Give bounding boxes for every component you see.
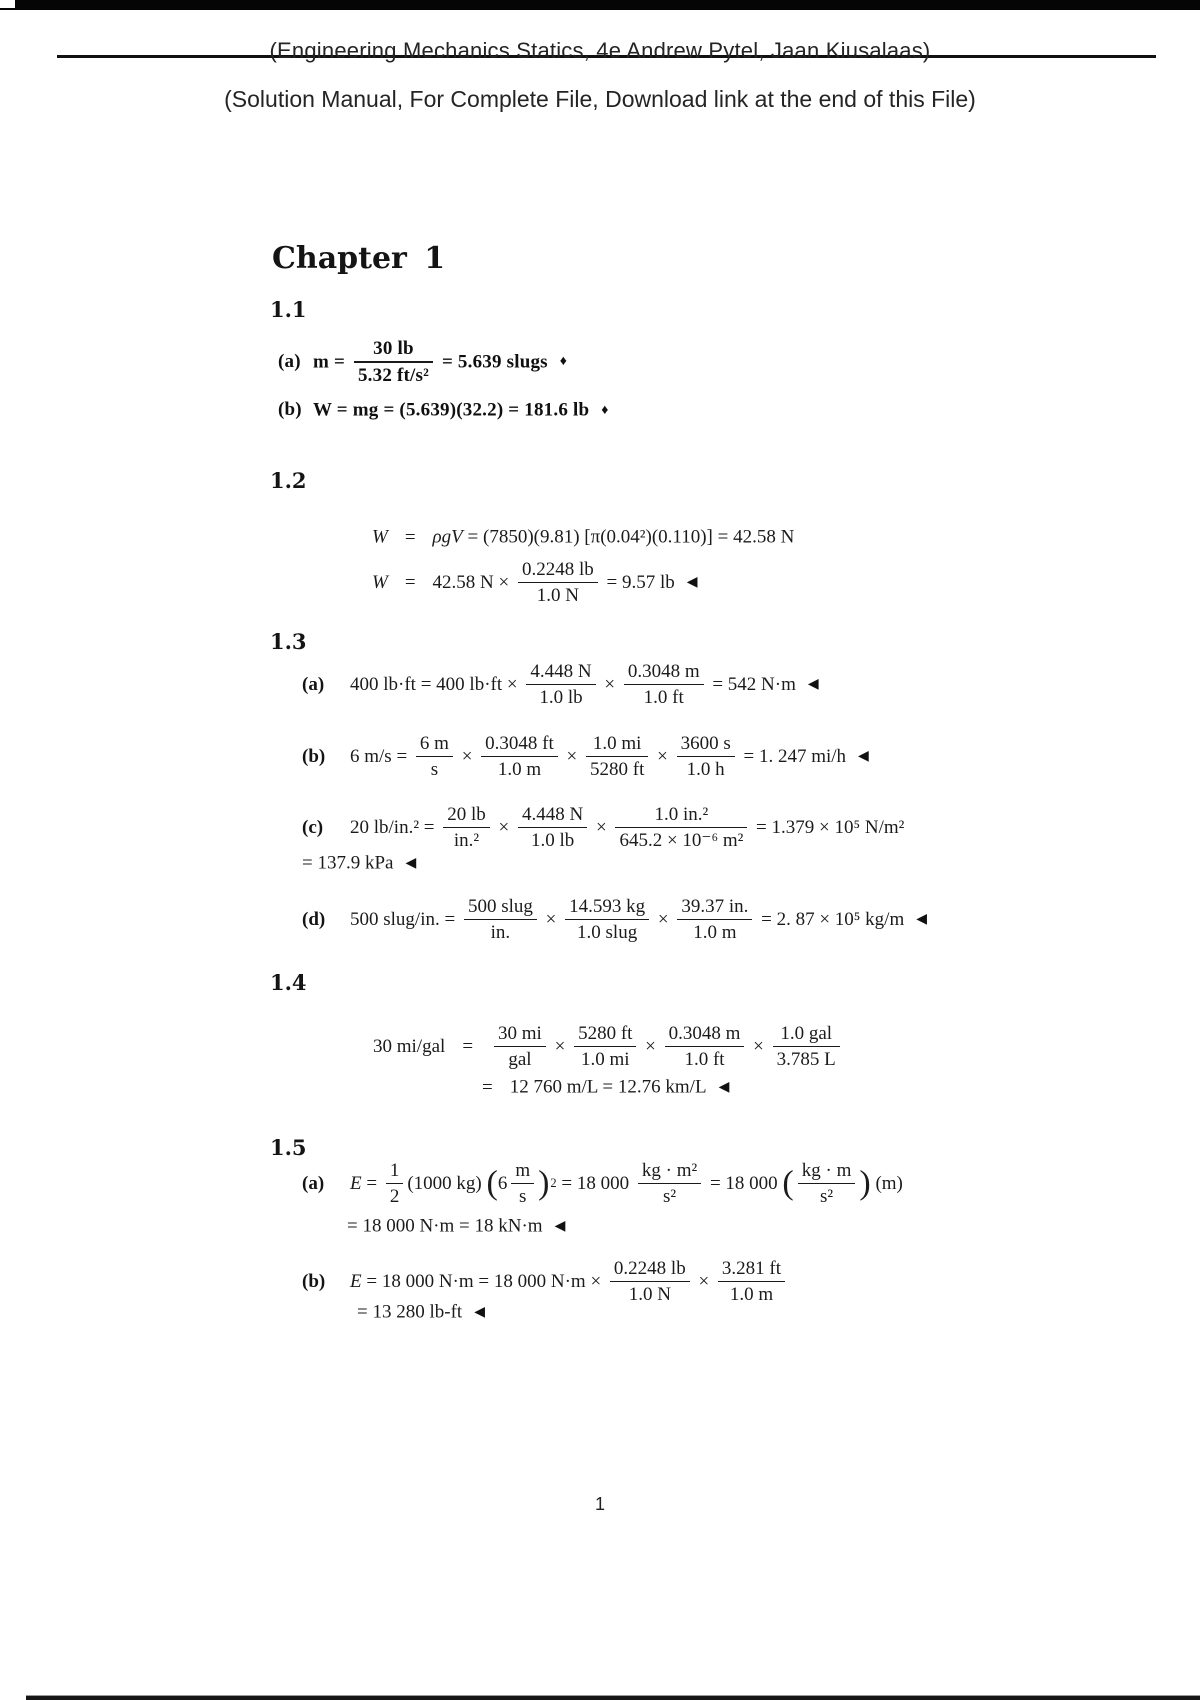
answer-marker-icon: ◀ (916, 912, 927, 927)
part-label: (c) (302, 817, 350, 839)
equation-1-4-line-2: =12 760 m/L = 12.76 km/L◀ (465, 1076, 729, 1099)
part-label: (d) (302, 909, 350, 931)
problem-1-3-part-b: (b) 6 m/s = 6 ms × 0.3048 ft1.0 m × 1.0 … (302, 733, 869, 781)
equation-1-3-b: 6 m/s = 6 ms × 0.3048 ft1.0 m × 1.0 mi52… (350, 733, 869, 781)
fraction: 0.2248 lb1.0 N (518, 559, 598, 607)
fraction: kg · m²s² (638, 1160, 701, 1208)
part-label: (a) (278, 351, 313, 373)
answer-marker-icon: ♦ (601, 403, 608, 418)
part-label: (a) (302, 674, 350, 696)
answer-marker-icon: ◀ (405, 856, 416, 871)
part-label: (b) (278, 399, 313, 421)
equation-1-1-b: W = mg = (5.639)(32.2) = 181.6 lb♦ (313, 399, 609, 422)
top-scan-notch (0, 0, 15, 8)
fraction: 5280 ft1.0 mi (574, 1023, 636, 1071)
fraction: 12 (386, 1160, 404, 1208)
section-1-4-number: 1.4 (270, 970, 307, 995)
section-1-2-number: 1.2 (270, 468, 307, 493)
equation-1-3-c-result: = 137.9 kPa◀ (302, 852, 416, 875)
problem-1-5-part-b: (b) E = 18 000 N·m = 18 000 N·m × 0.2248… (302, 1258, 789, 1306)
fraction: 6 ms (416, 733, 453, 781)
page-number: 1 (0, 1494, 1200, 1515)
problem-1-5-part-a-result: = 18 000 N·m = 18 kN·m◀ (347, 1215, 565, 1238)
problem-1-1-part-a: (a) m = 30 lb5.32 ft/s² = 5.639 slugs♦ (278, 338, 567, 387)
fraction: 3600 s1.0 h (677, 733, 735, 781)
answer-marker-icon: ◀ (474, 1305, 485, 1320)
fraction: 0.2248 lb1.0 N (610, 1258, 690, 1306)
fraction: 30 lb5.32 ft/s² (354, 338, 433, 387)
problem-1-5-part-b-result: = 13 280 lb-ft◀ (357, 1301, 485, 1324)
equation-1-2-line-1: W=ρgV = (7850)(9.81) [π(0.04²)(0.110)] =… (372, 526, 794, 549)
section-1-1-number: 1.1 (270, 297, 307, 322)
problem-1-3-part-d: (d) 500 slug/in. = 500 slugin. × 14.593 … (302, 896, 927, 944)
section-1-5-number: 1.5 (270, 1135, 307, 1160)
equation-1-3-d: 500 slug/in. = 500 slugin. × 14.593 kg1.… (350, 896, 927, 944)
fraction: 1.0 gal3.785 L (773, 1023, 840, 1071)
equation-1-5-a: E = 12(1000 kg) (6ms)2 = 18 000 kg · m²s… (350, 1160, 903, 1208)
equation-1-5-a-result: = 18 000 N·m = 18 kN·m◀ (347, 1215, 565, 1238)
equation-1-2-line-2: W=42.58 N × 0.2248 lb1.0 N = 9.57 lb◀ (372, 559, 698, 607)
equation-1-5-b: E = 18 000 N·m = 18 000 N·m × 0.2248 lb1… (350, 1258, 789, 1306)
top-scan-bar (0, 0, 1200, 10)
equation: W=42.58 N × 0.2248 lb1.0 N = 9.57 lb◀ (372, 559, 698, 607)
section-1-3-number: 1.3 (270, 629, 307, 654)
fraction: 20 lbin.² (443, 804, 490, 852)
equation-1-4-line-1: 30 mi/gal=30 migal × 5280 ft1.0 mi × 0.3… (373, 1023, 844, 1071)
fraction: kg · ms² (798, 1160, 856, 1208)
fraction: 30 migal (494, 1023, 546, 1071)
equation-1-5-b-result: = 13 280 lb-ft◀ (357, 1301, 485, 1324)
equation-1-3-a: 400 lb·ft = 400 lb·ft × 4.448 N1.0 lb × … (350, 661, 819, 709)
problem-1-3-part-c: (c) 20 lb/in.² = 20 lbin.² × 4.448 N1.0 … (302, 804, 904, 852)
fraction: 1.0 in.²645.2 × 10⁻⁶ m² (615, 804, 747, 852)
problem-1-1-part-b: (b) W = mg = (5.639)(32.2) = 181.6 lb♦ (278, 399, 609, 422)
bottom-scan-bar (26, 1695, 1200, 1700)
fraction: 39.37 in.1.0 m (677, 896, 752, 944)
fraction: 3.281 ft1.0 m (718, 1258, 785, 1306)
chapter-heading: Chapter 1 (272, 241, 445, 276)
fraction: 4.448 N1.0 lb (526, 661, 595, 709)
fraction: ms (511, 1160, 534, 1208)
fraction: 0.3048 m1.0 ft (624, 661, 704, 709)
fraction: 0.3048 m1.0 ft (665, 1023, 745, 1071)
equation: =12 760 m/L = 12.76 km/L◀ (465, 1076, 729, 1099)
fraction: 1.0 mi5280 ft (586, 733, 648, 781)
answer-marker-icon: ♦ (560, 354, 567, 369)
part-label: (b) (302, 746, 350, 768)
problem-1-3-part-a: (a) 400 lb·ft = 400 lb·ft × 4.448 N1.0 l… (302, 661, 819, 709)
part-label: (b) (302, 1271, 350, 1293)
answer-marker-icon: ◀ (719, 1080, 730, 1095)
fraction: 500 slugin. (464, 896, 537, 944)
problem-1-3-part-c-result: = 137.9 kPa◀ (302, 852, 416, 875)
equation: 30 mi/gal=30 migal × 5280 ft1.0 mi × 0.3… (373, 1023, 844, 1071)
struck-source-title: (Engineering Mechanics Statics, 4e Andre… (0, 38, 1200, 64)
answer-marker-icon: ◀ (555, 1219, 566, 1234)
problem-1-5-part-a: (a) E = 12(1000 kg) (6ms)2 = 18 000 kg ·… (302, 1160, 903, 1208)
equation-1-3-c: 20 lb/in.² = 20 lbin.² × 4.448 N1.0 lb ×… (350, 804, 904, 852)
answer-marker-icon: ◀ (808, 677, 819, 692)
solution-manual-note: (Solution Manual, For Complete File, Dow… (0, 86, 1200, 113)
equation: W=ρgV = (7850)(9.81) [π(0.04²)(0.110)] =… (372, 526, 794, 549)
fraction: 14.593 kg1.0 slug (565, 896, 649, 944)
answer-marker-icon: ◀ (858, 749, 869, 764)
fraction: 0.3048 ft1.0 m (481, 733, 558, 781)
part-label: (a) (302, 1173, 350, 1195)
equation-1-1-a: m = 30 lb5.32 ft/s² = 5.639 slugs♦ (313, 338, 567, 387)
fraction: 4.448 N1.0 lb (518, 804, 587, 852)
answer-marker-icon: ◀ (687, 575, 698, 590)
